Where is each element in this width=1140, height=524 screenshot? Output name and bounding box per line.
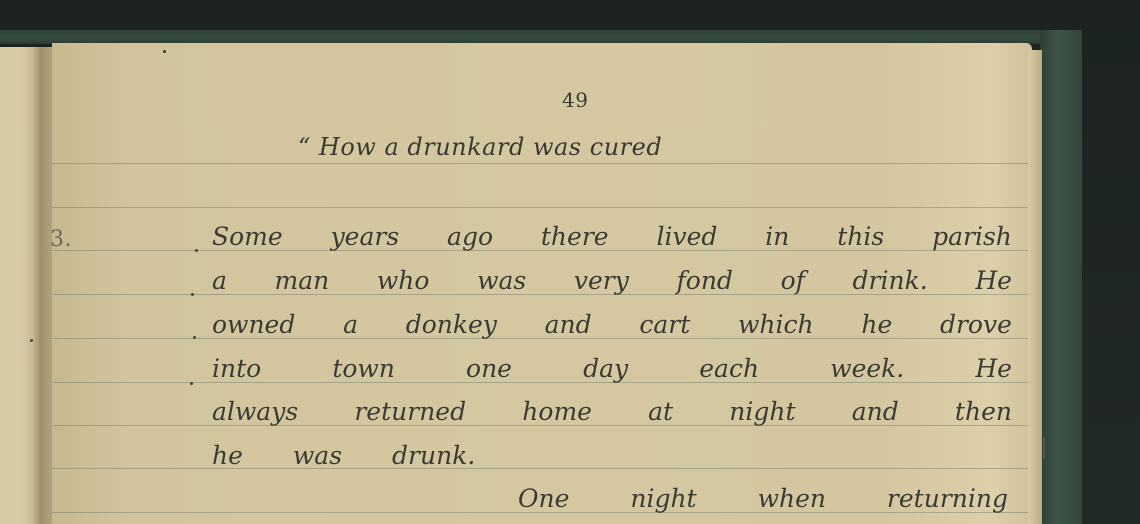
word: a [212,266,227,295]
margin-dot [191,293,194,296]
word: night [729,397,795,426]
word: fond [677,266,733,295]
word: He [975,354,1012,383]
book-cover-right-edge [1040,30,1082,524]
margin-dot [195,249,198,252]
word: when [758,484,826,513]
word: Some [212,222,283,251]
text-line-2: a man who was very fond of drink. He [212,266,1012,295]
page-stack-edge [1028,50,1042,524]
word: night [630,484,696,513]
word: One [518,484,569,513]
word: a [343,310,358,339]
margin-dot [190,382,193,385]
word: He [975,266,1012,295]
word: which [738,310,814,339]
word: always [212,397,298,426]
word: drunk. [392,441,475,470]
text-line-6: he was drunk. [212,441,1012,470]
word: parish [932,222,1012,251]
word: this [837,222,884,251]
word: and [545,310,592,339]
word: lived [656,222,717,251]
ruled-line [52,163,1028,164]
word: then [955,397,1012,426]
word: there [541,222,609,251]
essay-title: “ How a drunkard was cured [298,133,662,161]
text-line-5: always returned home at night and then [212,397,1012,426]
previous-page-edge [0,47,52,524]
word: returning [887,484,1008,513]
word: he [861,310,892,339]
word: donkey [406,310,497,339]
margin-number: 3. [50,227,72,252]
text-line-1: Some years ago there lived in this paris… [212,222,1012,251]
text-line-3: owned a donkey and cart which he drove [212,310,1012,339]
word: owned [212,310,295,339]
word: one [466,354,512,383]
word: years [331,222,400,251]
word: into [212,354,261,383]
word: home [522,397,592,426]
text-line-4: into town one day each week. He [212,354,1012,383]
word: and [852,397,899,426]
word: was [477,266,526,295]
word: day [583,354,628,383]
word: man [275,266,330,295]
pencil-mark [1043,437,1045,459]
word: at [648,397,673,426]
word: each [699,354,759,383]
margin-dot [30,339,33,342]
word: ago [447,222,493,251]
word: of [781,266,805,295]
margin-dot [193,336,196,339]
text-line-7: One night when returning [518,484,1008,513]
word: in [765,222,789,251]
word: drove [940,310,1012,339]
word: returned [354,397,466,426]
word: drink. [853,266,928,295]
word: very [574,266,629,295]
word: town [332,354,395,383]
page-number: 49 [562,88,588,112]
word: he [212,441,243,470]
word: who [377,266,430,295]
word: week. [830,354,904,383]
word: was [293,441,342,470]
book-cover-top-edge [0,30,1082,44]
word: cart [639,310,690,339]
ruled-line [52,207,1028,208]
ink-speck [163,50,166,53]
